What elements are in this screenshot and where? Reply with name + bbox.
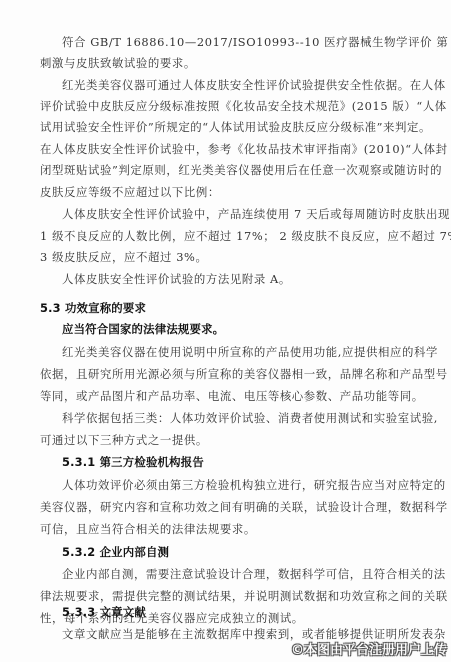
body-line: 1 级不良反应的人数比例，应不超过 17%； 2 级皮肤不良反应，应不超过 7%… xyxy=(40,229,451,243)
section-subheading: 应当符合国家的法律法规要求。 xyxy=(62,322,224,336)
body-line: 律法规要求，需提供完整的测试结果，并说明测试数据和功效宣称之间的关联 xyxy=(40,589,448,603)
body-line: 红光类美容仪器可通过人体皮肤安全性评价试验提供安全性依据。在人体 xyxy=(62,78,446,92)
section-heading: 5.3 功效宣称的要求 xyxy=(40,301,146,315)
section-subheading: 5.3.3 文章文献 xyxy=(62,605,146,619)
body-line: 皮肤反应等级不应超过以下比例： xyxy=(40,185,220,199)
body-line: 等同，或产品图片和产品功率、电流、电压等核心参数、产品功能等同。 xyxy=(40,389,424,403)
body-line: 评价试验中皮肤反应分级标准按照《化妆品安全技术规范》(2015 版）“人体 xyxy=(40,99,447,113)
body-line: 可通过以下三种方式之一提供。 xyxy=(40,433,208,447)
body-line: 闭型斑贴试验”判定原则，红光类美容仪器使用后在任意一次观察或随访时的 xyxy=(40,163,442,177)
body-line: 3 级皮肤反应，应不超过 3%。 xyxy=(40,250,207,264)
body-line: 企业内部自测，需要注意试验设计合理，数据科学可信，且符合相关的法 xyxy=(62,567,446,581)
body-line: 依据，且研究所用光源必须与所宣称的美容仪器相一致，品牌名称和产品型号 xyxy=(40,367,448,381)
body-line: 符合 GB/T 16886.10—2017/ISO10993--10 医疗器械生… xyxy=(62,35,451,49)
body-line: 可信，且应当符合相关的法律法规要求。 xyxy=(40,522,256,536)
section-subheading: 5.3.2 企业内部自测 xyxy=(62,545,169,559)
body-line: 人体功效评价必须由第三方检验机构独立进行，研究报告应当对应特定的 xyxy=(62,478,446,492)
body-line: 红光类美容仪器在使用说明中所宣称的产品使用功能,应提供相应的科学 xyxy=(62,345,438,359)
body-line: 试用试验安全性评价”所规定的“人体试用试验皮肤反应分级标准”来判定。 xyxy=(40,120,431,134)
section-subheading: 5.3.1 第三方检验机构报告 xyxy=(62,455,204,469)
body-line: 人体皮肤安全性评价试验的方法见附录 A。 xyxy=(62,272,291,286)
document-page: 符合 GB/T 16886.10—2017/ISO10993--10 医疗器械生… xyxy=(0,0,451,662)
body-line: 刺激与皮肤致敏试验的要求。 xyxy=(40,56,196,70)
body-line: 人体皮肤安全性评价试验中，产品连续使用 7 天后或每周随访时皮肤出现 xyxy=(62,207,450,221)
body-line: 美容仪器，研究内容和宣称功效之间有明确的关联，试验设计合理，数据科学 xyxy=(40,500,448,514)
body-line: 科学依据包括三类：人体功效评价试验、消费者使用测试和实验室试验, xyxy=(62,411,438,425)
watermark: ©本图由平台注册用户上传 xyxy=(291,639,447,658)
body-line: 在人体皮肤安全性评价试验中，参考《化妆品技术审评指南》(2010)“人体封 xyxy=(40,142,448,156)
